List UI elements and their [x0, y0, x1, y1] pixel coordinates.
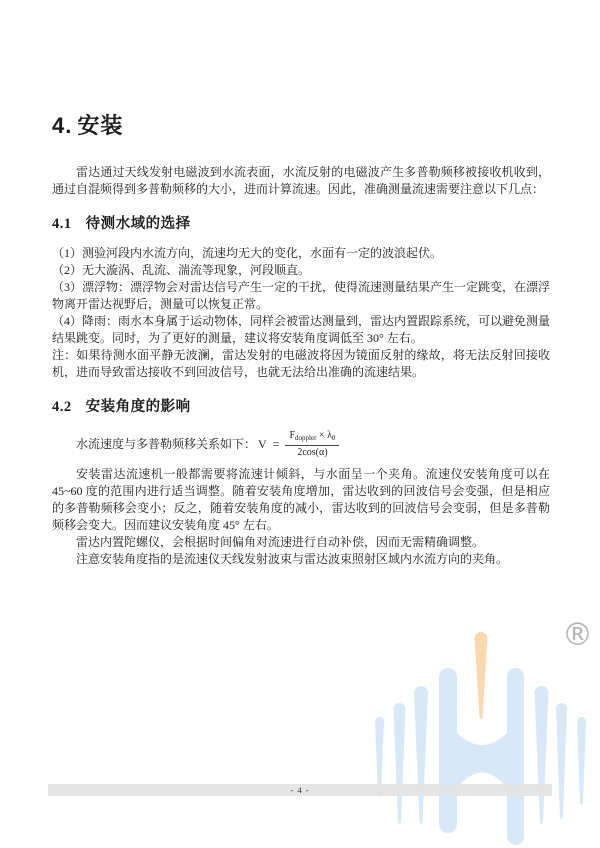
section-4-1-number: 4.1	[52, 216, 72, 232]
formula-lhs: V	[258, 436, 267, 453]
water-area-list: （1）测验河段内水流方向，流速均无大的变化，水面有一定的波浪起伏。 （2）无大漩…	[52, 245, 550, 381]
watermark-stroke	[535, 686, 549, 824]
registered-trademark-icon: ®	[562, 618, 593, 652]
doppler-velocity-formula: V = Fdoppler × λ0 2cos(α)	[258, 430, 339, 459]
formula-lambda-subscript: 0	[332, 434, 336, 442]
formula-denominator: 2cos(α)	[285, 446, 339, 459]
formula-paragraph: 水流速度与多普勒频移关系如下： V = Fdoppler × λ0 2cos(α…	[52, 427, 550, 461]
angle-paragraph: 安装雷达流速机一般都需要将流速计倾斜，与水面呈一个夹角。流速仪安装角度可以在45…	[52, 466, 550, 534]
watermark-h-right-bar	[507, 668, 524, 845]
formula-numerator: Fdoppler × λ0	[285, 430, 339, 446]
footer-band: - 4 -	[48, 784, 552, 796]
section-4-2-number: 4.2	[52, 399, 72, 415]
title-text: 安装	[77, 113, 123, 138]
watermark-h-bridge	[457, 733, 507, 788]
page-title: 4.安装	[52, 112, 550, 140]
watermark-stroke	[394, 703, 406, 824]
formula-fraction: Fdoppler × λ0 2cos(α)	[285, 430, 339, 459]
formula-f-subscript: doppler	[295, 434, 316, 442]
list-item: （4）降雨：雨水本身属于运动物体，同样会被雷达测量到，雷达内置跟踪系统，可以避免…	[52, 313, 550, 347]
watermark-orange-stroke	[475, 632, 488, 719]
watermark-stroke	[414, 686, 428, 824]
formula-intro-text: 水流速度与多普勒频移关系如下：	[76, 436, 256, 453]
intro-paragraph: 雷达通过天线发射电磁波到水流表面，水流反射的电磁波产生多普勒频移被接收机收到，通…	[52, 164, 550, 198]
watermark-h-left-bar	[439, 668, 457, 833]
watermark-stroke	[577, 717, 586, 805]
watermark-logo	[370, 623, 600, 848]
gyroscope-paragraph: 雷达内置陀螺仪，会根据时间偏角对流速进行自动补偿，因而无需精确调整。	[52, 534, 550, 551]
formula-equals: =	[273, 436, 280, 453]
section-4-2-title: 安装角度的影响	[86, 399, 191, 415]
section-4-2-heading: 4.2安装角度的影响	[52, 397, 550, 417]
document-content: 4.安装 雷达通过天线发射电磁波到水流表面，水流反射的电磁波产生多普勒频移被接收…	[52, 0, 550, 568]
note-paragraph: 注：如果待测水面平静无波澜，雷达发射的电磁波将因为镜面反射的缘故，将无法反射回接…	[52, 347, 550, 381]
angle-definition-paragraph: 注意安装角度指的是流速仪天线发射波束与雷达波束照射区域内水流方向的夹角。	[52, 551, 550, 568]
section-4-1-heading: 4.1待测水域的选择	[52, 214, 550, 234]
list-item: （3）漂浮物：漂浮物会对雷达信号产生一定的干扰，使得流速测量结果产生一定跳变，在…	[52, 279, 550, 313]
list-item: （1）测验河段内水流方向，流速均无大的变化，水面有一定的波浪起伏。	[52, 245, 550, 262]
document-page: ® - 4 - 4.安装 雷达通过天线发射电磁波到水流表面，水流反射的电磁波产生…	[0, 0, 600, 848]
list-item: （2）无大漩涡、乱流、湍流等现象，河段顺直。	[52, 262, 550, 279]
formula-times: ×	[316, 430, 327, 441]
watermark-stroke	[556, 703, 567, 819]
title-number: 4.	[52, 113, 72, 138]
section-4-1-title: 待测水域的选择	[86, 216, 191, 232]
page-number: - 4 -	[290, 784, 309, 796]
